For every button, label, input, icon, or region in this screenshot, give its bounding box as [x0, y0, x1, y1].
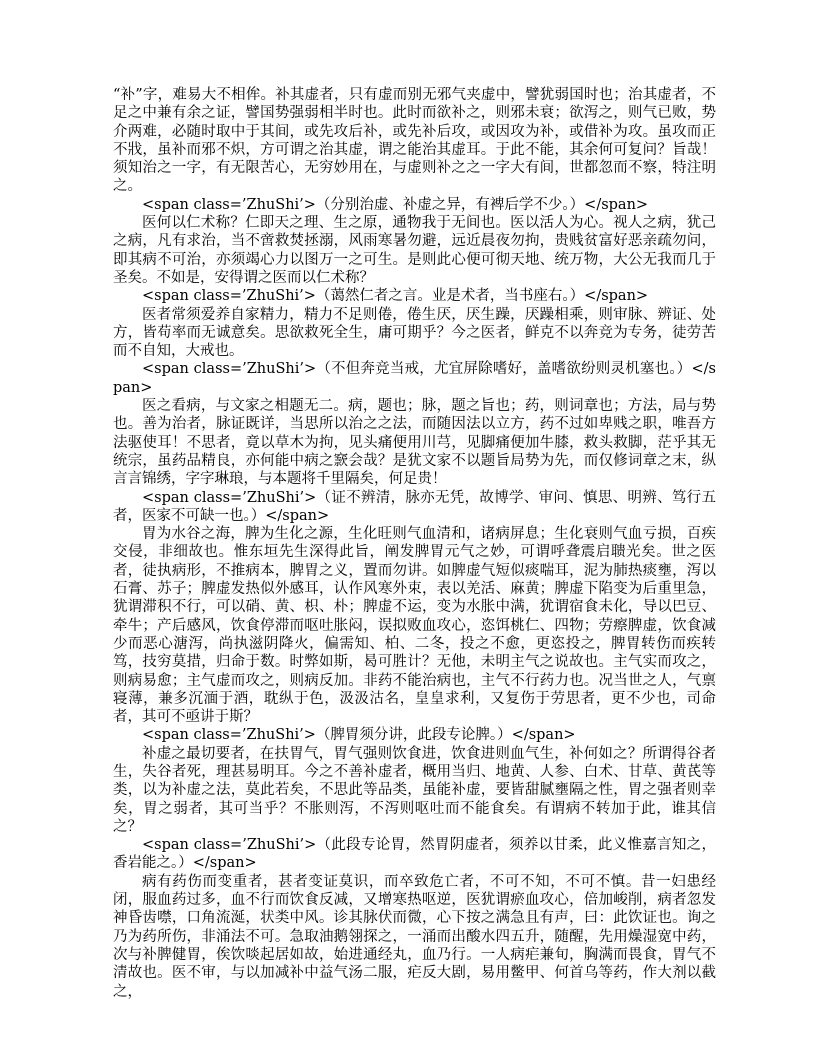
body-paragraph: “补”字，难易大不相侔。补其虚者，只有虚而别无邪气夹虚中，譬犹弱国时也；治其虚者… — [113, 86, 716, 196]
document-content: “补”字，难易大不相侔。补其虚者，只有虚而别无邪气夹虚中，譬犹弱国时也；治其虚者… — [113, 86, 716, 1001]
annotation-paragraph: <span class=’ZhuShi’>（不但奔竞当戒，尤宜屏除嗜好，盖嗜欲纷… — [113, 360, 716, 397]
body-paragraph: 胃为水谷之海，脾为生化之源，生化旺则气血清和，诸病屏息；生化衰则气血亏损，百疾交… — [113, 525, 716, 726]
annotation-paragraph: <span class=’ZhuShi’>（蔼然仁者之言。业是术者，当书座右。）… — [113, 287, 716, 305]
body-paragraph: 医者常须爱养自家精力，精力不足则倦，倦生厌，厌生躁，厌躁相乘，则审脉、辨证、处方… — [113, 306, 716, 361]
body-paragraph: 病有药伤而变重者，甚者变证莫识，而卒致危亡者，不可不知，不可不慎。昔一妇患经闭，… — [113, 873, 716, 1001]
annotation-paragraph: <span class=’ZhuShi’>（此段专论胃，然胃阴虚者，须养以甘柔，… — [113, 836, 716, 873]
annotation-paragraph: <span class=’ZhuShi’>（脾胃须分讲，此段专论脾。）</spa… — [113, 726, 716, 744]
body-paragraph: 补虚之最切要者，在扶胃气，胃气强则饮食进，饮食进则血气生，补何如之？所谓得谷者生… — [113, 745, 716, 836]
body-paragraph: 医何以仁术称？仁即天之理、生之原，通物我于无间也。医以活人为心。视人之病，犹己之… — [113, 214, 716, 287]
body-paragraph: 医之看病，与文家之相题无二。病，题也；脉，题之旨也；药，则词章也；方法，局与势也… — [113, 397, 716, 488]
annotation-paragraph: <span class=’ZhuShi’>（证不辨清，脉亦无凭，故博学、审问、慎… — [113, 489, 716, 526]
annotation-paragraph: <span class=’ZhuShi’>（分别治虚、补虚之异，有裨后学不少。）… — [113, 196, 716, 214]
document-page: “补”字，难易大不相侔。补其虚者，只有虚而别无邪气夹虚中，譬犹弱国时也；治其虚者… — [0, 0, 816, 1056]
